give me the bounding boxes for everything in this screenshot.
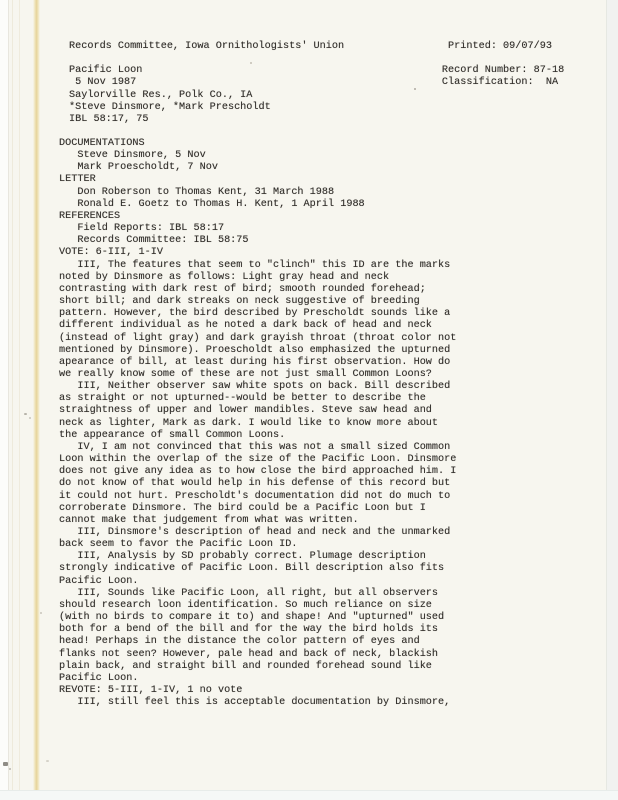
- text-line: corroberate Dinsmore. The bird could be …: [59, 503, 456, 515]
- text-line: VOTE: 6-III, 1-IV: [59, 247, 456, 259]
- text-line: Records Committee: IBL 58:75: [59, 235, 456, 247]
- scanned-document-page: Records Committee, Iowa Ornithologists' …: [0, 0, 618, 800]
- text-line: both for a bend of the bill and for the …: [59, 624, 456, 636]
- scan-speckle: [29, 417, 31, 419]
- scan-speckle: [24, 413, 27, 415]
- paper-crease-line: [19, 0, 20, 800]
- text-line: we really know some of these are not jus…: [59, 369, 456, 381]
- scan-speckle: [414, 88, 416, 90]
- paper-crease-line: [12, 0, 13, 800]
- scan-speckle: [40, 612, 42, 614]
- text-line: Ronald E. Goetz to Thomas H. Kent, 1 Apr…: [59, 199, 456, 211]
- text-line: Loon within the overlap of the size of t…: [59, 454, 456, 466]
- text-line: Field Reports: IBL 58:17: [59, 223, 456, 235]
- text-line: [69, 53, 564, 65]
- text-line: apearance of bill, at least during his f…: [59, 357, 456, 369]
- text-line: III, Neither observer saw white spots on…: [59, 381, 456, 393]
- text-line: as straight or not upturned--would be be…: [59, 393, 456, 405]
- document-body: DOCUMENTATIONS Steve Dinsmore, 5 Nov Mar…: [59, 138, 456, 709]
- text-line: head! Perhaps in the distance the color …: [59, 636, 456, 648]
- text-line: it could not hurt. Prescholdt's document…: [59, 491, 456, 503]
- text-line: IV, I am not convinced that this was not…: [59, 442, 456, 454]
- scan-speckle: [3, 762, 8, 766]
- text-line: Pacific Loon.: [59, 673, 456, 685]
- text-line: back seem to favor the Pacific Loon ID.: [59, 539, 456, 551]
- text-line: pattern. However, the bird described by …: [59, 308, 456, 320]
- text-line: does not give any idea as to how close t…: [59, 466, 456, 478]
- scan-speckle: [250, 62, 252, 64]
- text-line: short bill; and dark streaks on neck sug…: [59, 296, 456, 308]
- scanner-bottom-edge: [0, 790, 618, 800]
- text-line: contrasting with dark rest of bird; smoo…: [59, 284, 456, 296]
- text-line: Saylorville Res., Polk Co., IA: [69, 90, 564, 102]
- text-line: noted by Dinsmore as follows: Light gray…: [59, 272, 456, 284]
- text-line: III, Sounds like Pacific Loon, all right…: [59, 588, 456, 600]
- text-line: III, still feel this is acceptable docum…: [59, 697, 456, 709]
- scanner-right-edge: [606, 0, 618, 800]
- scan-speckle: [46, 760, 49, 762]
- text-line: neck as lighter, Mark as dark. I would l…: [59, 418, 456, 430]
- document-header: Records Committee, Iowa Ornithologists' …: [69, 41, 564, 126]
- paper-edge-line: [33, 0, 40, 800]
- text-line: do not know of that would help in his de…: [59, 478, 456, 490]
- text-line: strongly indicative of Pacific Loon. Bil…: [59, 563, 456, 575]
- text-line: flanks not seen? However, pale head and …: [59, 649, 456, 661]
- text-line: Pacific Loon Record Number: 87-18: [69, 65, 564, 77]
- text-line: III, Dinsmore's description of head and …: [59, 527, 456, 539]
- text-line: (instead of light gray) and dark grayish…: [59, 333, 456, 345]
- scanner-left-margin: [0, 0, 9, 800]
- text-line: REFERENCES: [59, 211, 456, 223]
- text-line: Mark Proescholdt, 7 Nov: [59, 162, 456, 174]
- text-line: should research loon identification. So …: [59, 600, 456, 612]
- text-line: DOCUMENTATIONS: [59, 138, 456, 150]
- text-line: cannot make that judgement from what was…: [59, 515, 456, 527]
- text-line: IBL 58:17, 75: [69, 114, 564, 126]
- text-line: Records Committee, Iowa Ornithologists' …: [69, 41, 564, 53]
- text-line: Pacific Loon.: [59, 576, 456, 588]
- text-line: LETTER: [59, 174, 456, 186]
- text-line: Don Roberson to Thomas Kent, 31 March 19…: [59, 187, 456, 199]
- text-line: III, The features that seem to "clinch" …: [59, 260, 456, 272]
- text-line: plain back, and straight bill and rounde…: [59, 661, 456, 673]
- scan-speckle: [9, 768, 11, 770]
- text-line: different individual as he noted a dark …: [59, 320, 456, 332]
- text-line: the appearance of small Common Loons.: [59, 430, 456, 442]
- text-line: REVOTE: 5-III, 1-IV, 1 no vote: [59, 685, 456, 697]
- text-line: Steve Dinsmore, 5 Nov: [59, 150, 456, 162]
- text-line: straightness of upper and lower mandible…: [59, 405, 456, 417]
- text-line: mentioned by Dinsmore). Proescholdt also…: [59, 345, 456, 357]
- text-line: (with no birds to compare it to) and sha…: [59, 612, 456, 624]
- text-line: III, Analysis by SD probably correct. Pl…: [59, 551, 456, 563]
- text-line: 5 Nov 1987 Classification: NA: [69, 77, 564, 89]
- text-line: *Steve Dinsmore, *Mark Prescholdt: [69, 102, 564, 114]
